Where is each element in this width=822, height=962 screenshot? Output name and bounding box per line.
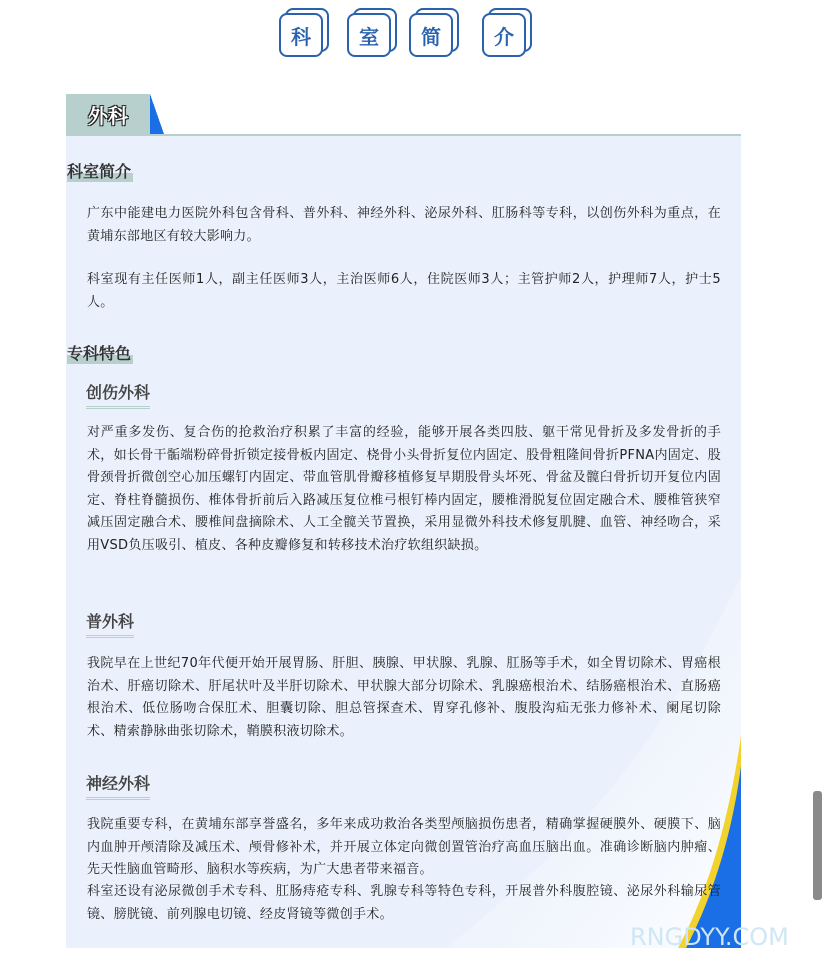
specialty-title-general: 普外科 [86, 611, 134, 638]
title-char: 室 [347, 13, 391, 57]
tab-wedge-decoration [150, 94, 164, 134]
specialty-title-trauma: 创伤外科 [86, 382, 150, 409]
section-heading-intro: 科室简介 [67, 162, 133, 182]
department-tab: 外科 [66, 94, 150, 134]
title-char-box: 简 [409, 8, 457, 56]
specialty-text-extra: 科室还设有泌尿微创手术专科、肛肠痔疮专科、乳腺专科等特色专科，开展普外科腹腔镜、… [87, 881, 721, 926]
title-char: 科 [279, 13, 323, 57]
intro-paragraph: 广东中能建电力医院外科包含骨科、普外科、神经外科、泌尿外科、肛肠科等专科，以创伤… [87, 203, 721, 248]
title-char: 介 [482, 13, 526, 57]
section-heading-specialties: 专科特色 [67, 344, 133, 364]
title-char-box: 介 [482, 8, 530, 56]
specialty-text-general: 我院早在上世纪70年代便开始开展胃肠、肝胆、胰腺、甲状腺、乳腺、肛肠等手术，如全… [87, 653, 721, 743]
scrollbar-thumb[interactable] [813, 791, 822, 900]
title-char-box: 科 [279, 8, 327, 56]
specialty-text-neuro: 我院重要专科，在黄埔东部享誉盛名，多年来成功救治各类型颅脑损伤患者，精确掌握硬膜… [87, 814, 721, 882]
specialty-title-neuro: 神经外科 [86, 773, 150, 800]
department-content-panel: 科室简介 广东中能建电力医院外科包含骨科、普外科、神经外科、泌尿外科、肛肠科等专… [66, 136, 741, 948]
department-card: 外科 科室简介 广东中能建电力医院外科包含骨科、普外科、神经外科、泌尿外科、肛肠… [66, 94, 741, 948]
title-char-box: 室 [347, 8, 395, 56]
page-title: 科 室 简 介 [0, 6, 822, 62]
intro-paragraph: 科室现有主任医师1人，副主任医师3人，主治医师6人，住院医师3人；主管护师2人，… [87, 269, 721, 314]
watermark: RNGDYY.COM [630, 923, 789, 951]
department-tab-strip: 外科 [66, 94, 741, 136]
specialty-text-trauma: 对严重多发伤、复合伤的抢救治疗积累了丰富的经验，能够开展各类四肢、躯干常见骨折及… [87, 422, 721, 557]
title-char: 简 [409, 13, 453, 57]
